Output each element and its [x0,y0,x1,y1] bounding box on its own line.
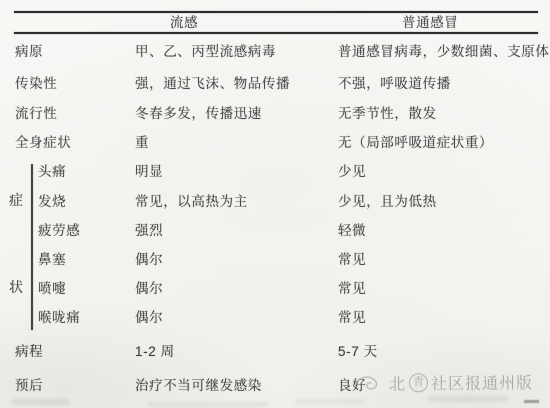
scan-artifact [12,399,70,405]
row-label: 预后 [15,376,43,396]
flu-cell: 甲、乙、丙型流感病毒 [135,42,276,62]
cold-cell: 无季节性，散发 [338,104,437,124]
cold-cell: 少见 [338,162,366,182]
table-row-course: 病程 1-2 周 5-7 天 [0,342,550,362]
cold-cell: 常见 [338,308,366,328]
flu-cell: 偶尔 [135,308,163,328]
flu-cell: 冬春多发，传播迅速 [135,104,262,124]
flu-cell: 强烈 [135,221,163,241]
table-row-headache: 头痛 明显 少见 [0,162,550,182]
row-label: 病程 [15,342,43,362]
row-label: 喷嚏 [38,279,66,299]
table-row-sneezing: 喷嚏 偶尔 常见 [0,279,550,299]
cold-cell: 常见 [338,279,366,299]
row-label: 疲劳感 [38,221,80,241]
flu-cell: 治疗不当可继发感染 [135,376,262,396]
cold-cell: 少见，且为低热 [338,192,437,212]
table-row-nasal-congestion: 鼻塞 偶尔 常见 [0,250,550,270]
row-label: 流行性 [15,104,57,124]
cold-cell: 良好 [338,376,366,396]
column-header-flu: 流感 [170,13,198,33]
row-label: 传染性 [15,74,57,94]
scan-artifact-dash [524,400,539,403]
flu-cell: 强，通过飞沫、物品传播 [135,74,290,94]
flu-cell: 明显 [135,162,163,182]
table-row-pathogen: 病原 甲、乙、丙型流感病毒 普通感冒病毒，少数细菌、支原体 [0,42,550,62]
scan-artifact [295,399,365,404]
table-row-contagiousness: 传染性 强，通过飞沫、物品传播 不强，呼吸道传播 [0,74,550,94]
row-label: 鼻塞 [38,250,66,270]
table-row-prognosis: 预后 治疗不当可继发感染 良好 [0,376,550,396]
row-label: 头痛 [38,162,66,182]
table-top-rule [14,11,538,13]
scan-artifact [148,402,268,407]
cold-cell: 无（局部呼吸道症状重） [338,133,493,153]
scan-artifact [428,396,508,402]
table-row-epidemicity: 流行性 冬春多发，传播迅速 无季节性，散发 [0,104,550,124]
cold-cell: 不强，呼吸道传播 [338,74,451,94]
table-row-systemic-symptoms: 全身症状 重 无（局部呼吸道症状重） [0,133,550,153]
row-label: 发烧 [38,192,66,212]
table-row-sore-throat: 喉咙痛 偶尔 常见 [0,308,550,328]
flu-cell: 偶尔 [135,279,163,299]
flu-cell: 1-2 周 [135,342,175,362]
column-header-cold: 普通感冒 [402,13,458,33]
scanned-comparison-table: 流感 普通感冒 病原 甲、乙、丙型流感病毒 普通感冒病毒，少数细菌、支原体 传染… [0,0,550,408]
row-label: 全身症状 [15,133,71,153]
cold-cell: 5-7 天 [338,342,378,362]
table-row-fever: 发烧 常见，以高热为主 少见，且为低热 [0,192,550,212]
table-row-fatigue: 疲劳感 强烈 轻微 [0,221,550,241]
cold-cell: 普通感冒病毒，少数细菌、支原体 [338,42,550,62]
flu-cell: 常见，以高热为主 [135,192,248,212]
flu-cell: 偶尔 [135,250,163,270]
row-label: 病原 [15,42,43,62]
symptom-group-bracket [31,164,33,330]
cold-cell: 轻微 [338,221,366,241]
flu-cell: 重 [135,133,149,153]
cold-cell: 常见 [338,250,366,270]
table-header-rule [14,32,538,34]
row-label: 喉咙痛 [38,308,80,328]
